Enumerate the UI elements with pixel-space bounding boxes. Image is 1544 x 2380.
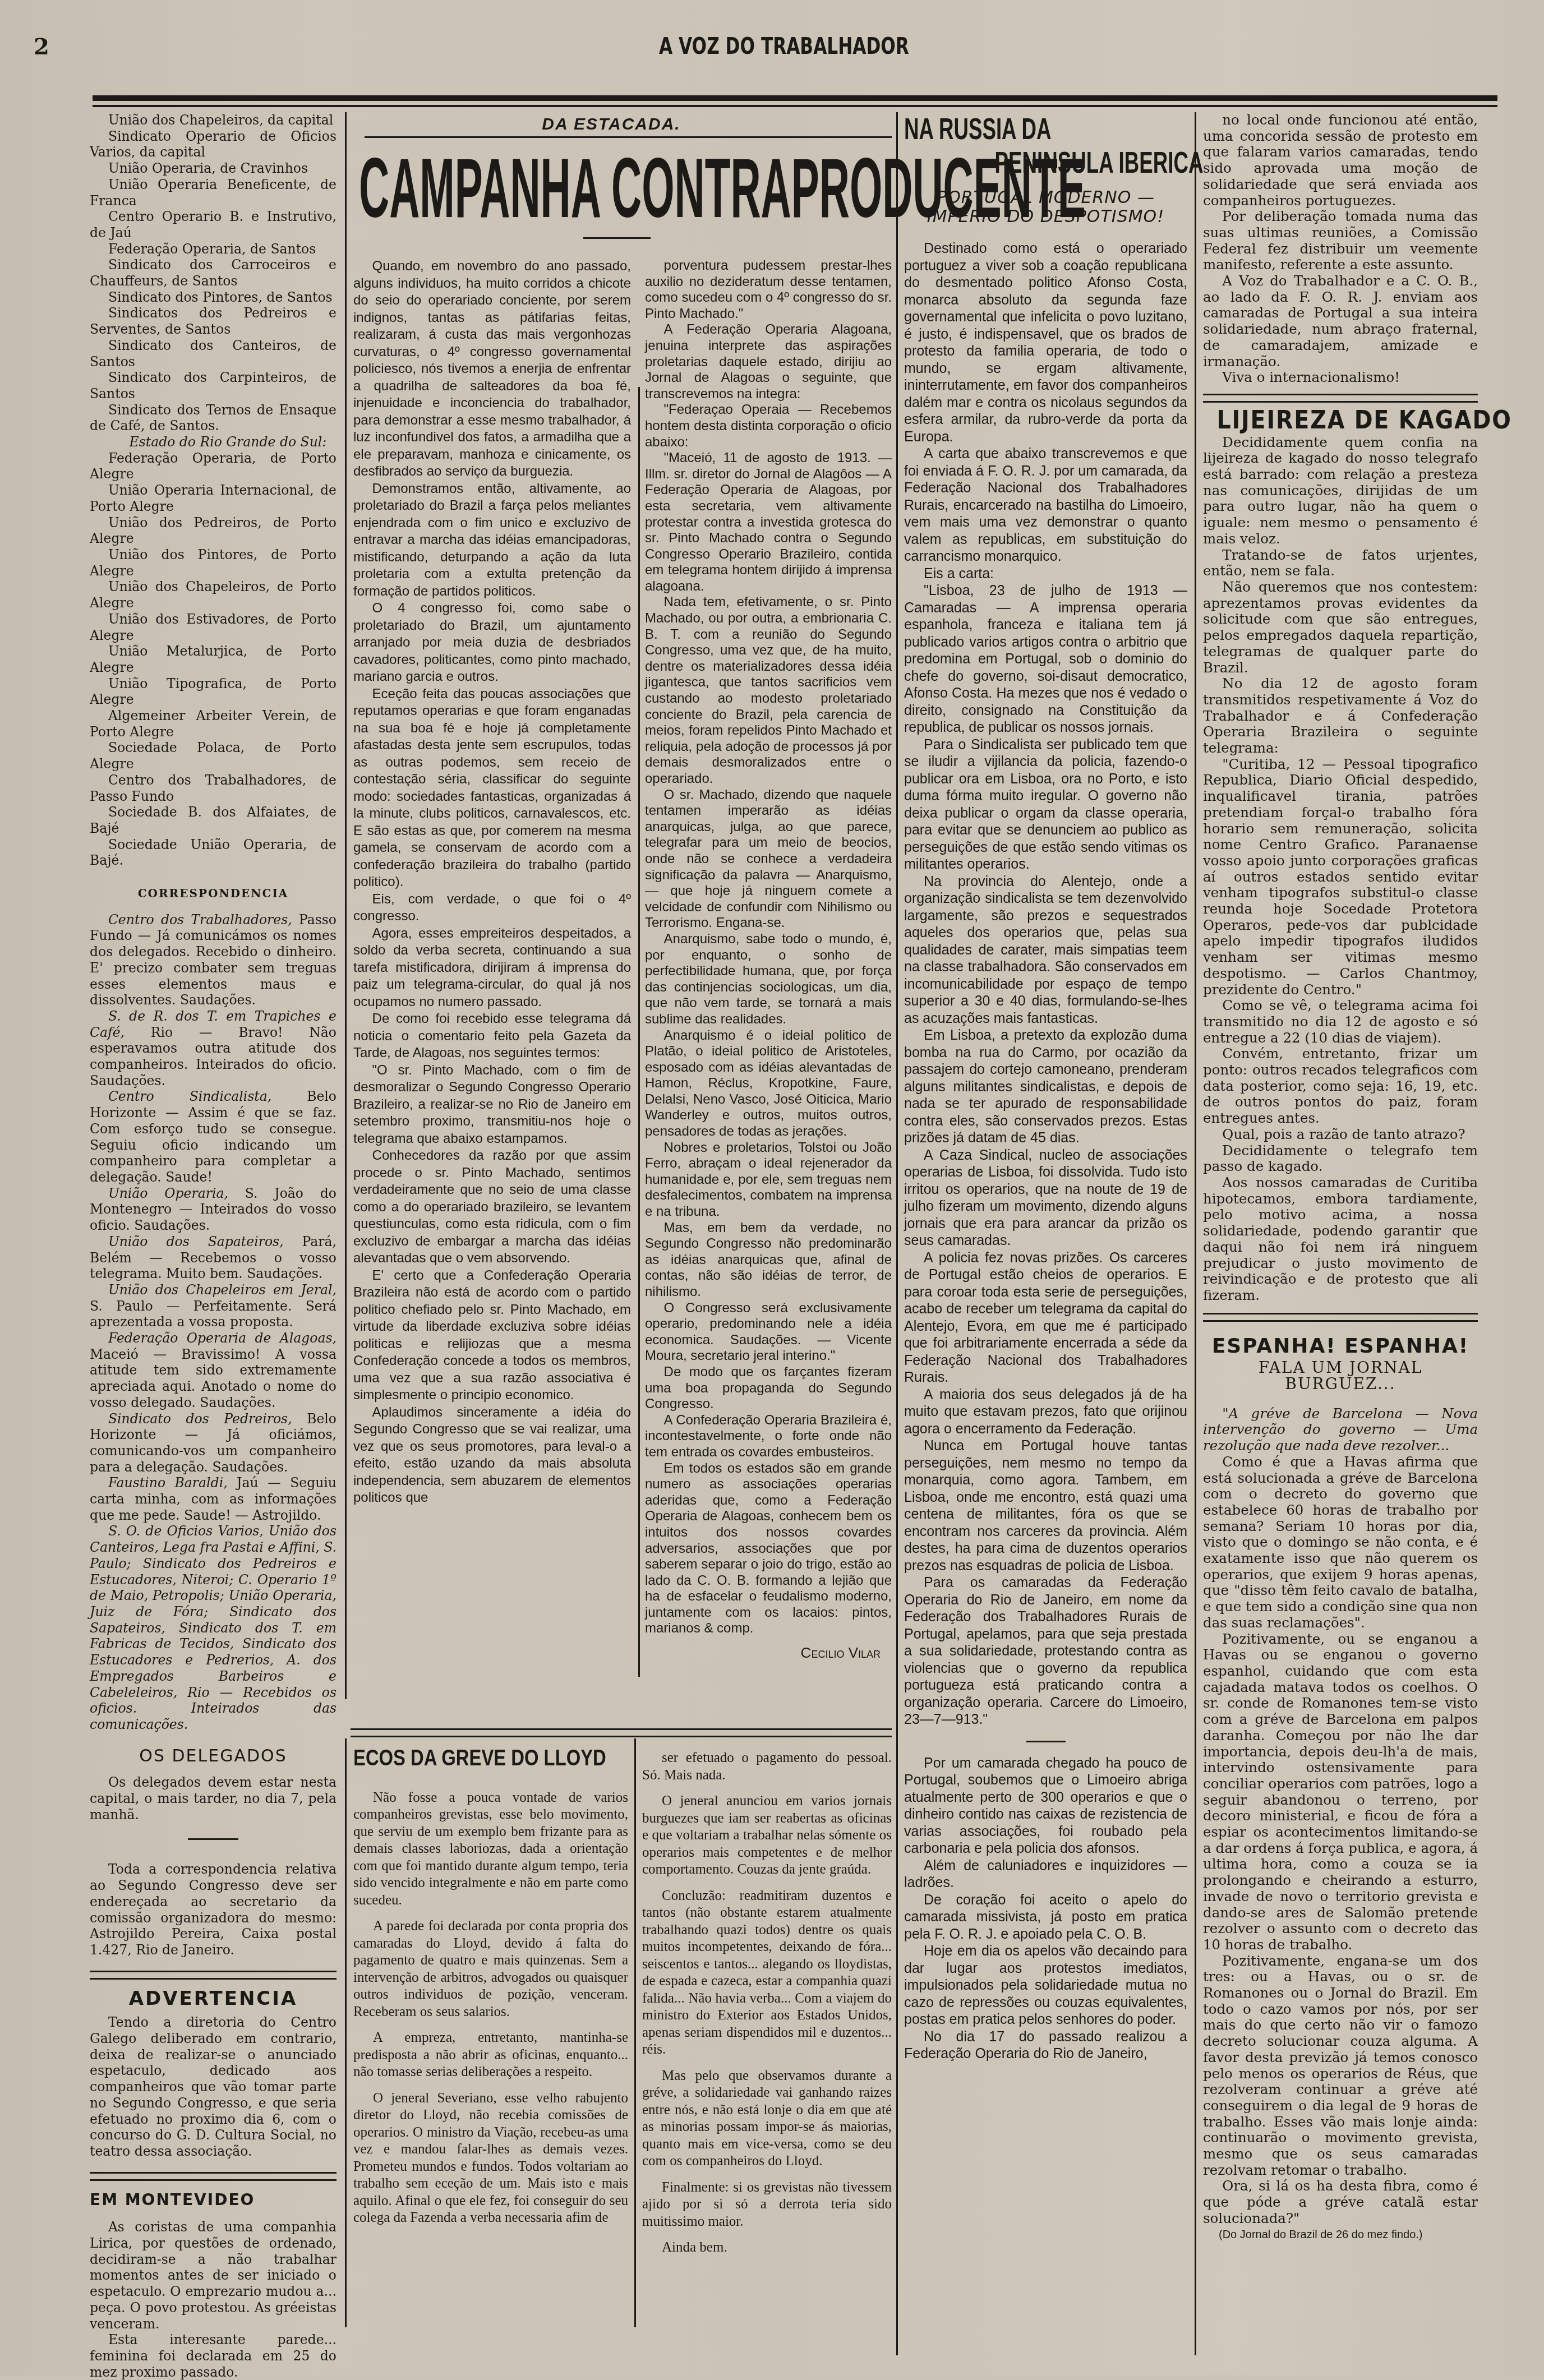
notice-text: Toda a correspondencia relativa ao Segun… bbox=[90, 1861, 337, 1958]
organization-item: União Operaria Internacional, de Porto A… bbox=[90, 482, 337, 514]
espanha-paragraph: Pozitivamente, ou se enganou a Havas ou … bbox=[1203, 1631, 1478, 1953]
feature-headline: CAMPANHA CONTRAPRODUCENTE bbox=[359, 143, 617, 233]
correspondence-item: Federação Operaria de Alagoas, Maceió — … bbox=[90, 1330, 337, 1411]
lloyd-column-a: ECOS DA GREVE DO LLOYD Não fosse a pouca… bbox=[353, 1750, 628, 2227]
feature-paragraph: Aplaudimos sinceramente a idéia do Segun… bbox=[353, 1404, 631, 1507]
russia-headline-line2: PENINSULA IBERICA bbox=[995, 146, 1187, 179]
column-divider bbox=[1195, 112, 1196, 2355]
lloyd-paragraph: Mas pelo que observamos durante a gréve,… bbox=[642, 2068, 892, 2170]
section-divider bbox=[1203, 1313, 1478, 1322]
organization-item: Sindicatos dos Pedreiros e Serventes, de… bbox=[90, 305, 337, 337]
correspondent-name: Centro Sindicalista, bbox=[108, 1088, 271, 1104]
correspondence-item: Faustino Baraldi, Jaú — Seguiu carta min… bbox=[90, 1475, 337, 1523]
russia-paragraph: De coração foi aceito o apelo do camarad… bbox=[904, 1892, 1187, 1943]
section-divider bbox=[1203, 394, 1478, 403]
lloyd-paragraph: ser efetuado o pagamento do pessoal. Só.… bbox=[642, 1750, 892, 1784]
feature-paragraph: Demonstramos então, altivamente, ao prol… bbox=[353, 481, 631, 601]
correspondence-item: S. de R. dos T. em Trapiches e Café, Rio… bbox=[90, 1008, 337, 1089]
kagado-paragraph: No dia 12 de agosto foram transmitidos r… bbox=[1203, 676, 1478, 757]
column-divider bbox=[345, 112, 347, 1699]
russia-paragraph: No dia 17 do passado realizou a Federaçã… bbox=[904, 2028, 1187, 2063]
correspondence-item: Centro Sindicalista, Belo Horizonte — As… bbox=[90, 1088, 337, 1185]
separator bbox=[188, 1838, 238, 1840]
feature-column-b: porventura pudessem prestar-lhes auxilio… bbox=[645, 258, 892, 1661]
lloyd-paragraph: Ainda bem. bbox=[642, 2239, 892, 2257]
lloyd-paragraph: O jeneral Severiano, esse velho rabujent… bbox=[353, 2090, 628, 2227]
montevideo-article: As coristas de uma companhia Lirica, por… bbox=[90, 2219, 337, 2376]
organization-list: União dos Chapeleiros, da capitalSindica… bbox=[90, 112, 337, 434]
correspondent-name: Federação Operaria de Alagoas, bbox=[108, 1330, 337, 1346]
masthead-rule bbox=[93, 95, 1497, 101]
feature-paragraph: "Federaçao Operaia — Recebemos hontem de… bbox=[645, 402, 892, 450]
organization-item: União dos Pintores, de Porto Alegre bbox=[90, 547, 337, 579]
montevideo-heading: EM MONTEVIDEO bbox=[90, 2192, 337, 2208]
kicker-rule bbox=[365, 136, 892, 138]
russia-column: NA RUSSIA DA PENINSULA IBERICA PORTUGAL … bbox=[904, 112, 1187, 2063]
lloyd-paragraph: O jeneral anunciou em varios jornais bur… bbox=[642, 1793, 892, 1879]
headline-rule bbox=[583, 237, 651, 239]
espanha-headline: ESPANHA! ESPANHA! bbox=[1203, 1339, 1478, 1355]
column-divider bbox=[634, 1738, 636, 2327]
feature-paragraph: Agora, esses empreiteiros despeitados, a… bbox=[353, 925, 631, 1011]
correspondent-name: Faustino Baraldi, bbox=[108, 1475, 228, 1491]
espanha-subtitle: FALA UM JORNAL BURGUEZ... bbox=[1203, 1360, 1478, 1392]
kagado-paragraph: Qual, pois a razão de tanto atrazo? bbox=[1203, 1127, 1478, 1143]
organization-item: Sindicato dos Ternos de Ensaque de Café,… bbox=[90, 402, 337, 434]
kagado-paragraph: Convém, entretanto, frizar um ponto: out… bbox=[1203, 1046, 1478, 1127]
kagado-paragraph: Não queremos que nos contestem: aprezent… bbox=[1203, 579, 1478, 676]
lloyd-paragraph: A empreza, entretanto, mantinha-se predi… bbox=[353, 2030, 628, 2081]
russia-paragraph: Nunca em Portugal houve tantas perseguiç… bbox=[904, 1437, 1187, 1574]
organization-item: Sociedade Polaca, de Porto Alegre bbox=[90, 740, 337, 772]
kagado-paragraph: Aos nossos camaradas de Curitiba hipotec… bbox=[1203, 1175, 1478, 1304]
organization-item: Sindicato Operario de Oficios Varios, da… bbox=[90, 128, 337, 160]
correspondence-item: Sindicato dos Pedreiros, Belo Horizonte … bbox=[90, 1411, 337, 1475]
feature-paragraph: "Maceió, 11 de agosto de 1913. — Illm. s… bbox=[645, 450, 892, 594]
correspondent-name: União dos Sapateiros, bbox=[108, 1234, 284, 1249]
feature-paragraph: O 4 congresso foi, como sabe o proletari… bbox=[353, 600, 631, 686]
kagado-paragraph: Decididamente o telegrafo tem passo de k… bbox=[1203, 1143, 1478, 1175]
russia-paragraph: Além de caluniadores e inquizidores — la… bbox=[904, 1857, 1187, 1892]
delegados-heading: OS DELEGADOS bbox=[90, 1749, 337, 1765]
organization-item: Federação Operaria, de Porto Alegre bbox=[90, 450, 337, 482]
solidarity-paragraph: A Voz do Trabalhador e a C. O. B., ao la… bbox=[1203, 273, 1478, 370]
kagado-paragraph: Decididamente quem confia na lijeireza d… bbox=[1203, 435, 1478, 547]
espanha-quote: "A gréve de Barcelona — Nova intervenção… bbox=[1203, 1406, 1478, 1454]
feature-column-a: Quando, em novembro do ano passado, algu… bbox=[353, 258, 631, 1507]
feature-paragraph: Eceção feita das poucas associações que … bbox=[353, 686, 631, 891]
correspondence-item: União Operaria, S. João do Montenegro — … bbox=[90, 1186, 337, 1234]
delegados-text: Os delegados devem estar nesta capital, … bbox=[90, 1774, 337, 1823]
column-divider bbox=[638, 387, 640, 1677]
russia-paragraph: Hoje em dia os apelos vão decaindo para … bbox=[904, 1943, 1187, 2028]
feature-paragraph: O sr. Machado, dizendo que naquele tenta… bbox=[645, 787, 892, 931]
kagado-paragraph: Tratando-se de fatos urjentes, então, ne… bbox=[1203, 547, 1478, 579]
russia-paragraph: A carta que abaixo transcrevemos e que f… bbox=[904, 445, 1187, 565]
espanha-paragraph: Como é que a Havas afirma que está soluc… bbox=[1203, 1454, 1478, 1631]
organization-item: Sindicato dos Canteiros, de Santos bbox=[90, 338, 337, 370]
newspaper-title: A VOZ DO TRABALHADOR bbox=[659, 34, 909, 59]
feature-paragraph: De modo que os farçantes fizeram uma boa… bbox=[645, 1364, 892, 1413]
lloyd-paragraph: A parede foi declarada por conta propria… bbox=[353, 1918, 628, 2021]
correspondent-name: Centro dos Trabalhadores, bbox=[108, 912, 292, 928]
russia-paragraph: Na provincia do Alentejo, onde a organiz… bbox=[904, 873, 1187, 1027]
organization-item: Sindicato dos Carpinteiros, de Santos bbox=[90, 370, 337, 402]
correspondence-item: União dos Sapateiros, Pará, Belém — Rece… bbox=[90, 1234, 337, 1282]
feature-paragraph: "O sr. Pinto Machado, com o fim de desmo… bbox=[353, 1062, 631, 1148]
correspondent-name: S. de R. dos T. em Trapiches e Café, bbox=[90, 1008, 337, 1040]
correspondent-name: Sindicato dos Pedreiros, bbox=[108, 1411, 292, 1427]
organization-item: Sindicato dos Pintores, de Santos bbox=[90, 289, 337, 306]
feature-byline: Cecilio Vilar bbox=[645, 1645, 892, 1661]
lloyd-paragraph: Não fosse a pouca vontade de varios comp… bbox=[353, 1789, 628, 1909]
feature-paragraph: Eis, com verdade, o que foi o 4º congres… bbox=[353, 891, 631, 925]
correspondence-list: Centro dos Trabalhadores, Passo Fundo — … bbox=[90, 912, 337, 1524]
solidarity-paragraph: Viva o internacionalismo! bbox=[1203, 370, 1478, 386]
organization-item: União dos Chapeleiros, de Porto Alegre bbox=[90, 579, 337, 611]
montevideo-paragraph: As coristas de uma companhia Lirica, por… bbox=[90, 2219, 337, 2332]
state-heading: Estado do Rio Grande do Sul: bbox=[90, 434, 337, 450]
russia-paragraph: Para os camaradas da Federação Operaria … bbox=[904, 1574, 1187, 1728]
organization-item: Centro Operario B. e Instrutivo, de Jaú bbox=[90, 209, 337, 241]
feature-paragraph: O Congresso será exclusivamente operario… bbox=[645, 1300, 892, 1364]
feature-paragraph: Nada tem, efetivamente, o sr. Pinto Mach… bbox=[645, 594, 892, 787]
masthead-rule-thin bbox=[93, 105, 1497, 107]
column-divider bbox=[896, 112, 898, 2355]
lloyd-paragraph: Finalmente: si os grevistas não tivessem… bbox=[642, 2179, 892, 2231]
organization-item: União Metalurjica, de Porto Alegre bbox=[90, 643, 337, 675]
espanha-source: (Do Jornal do Brazil de 26 do mez findo.… bbox=[1203, 2227, 1478, 2243]
russia-headline-line1: NA RUSSIA DA bbox=[904, 112, 1096, 146]
organization-item: Federação Operaria, de Santos bbox=[90, 241, 337, 257]
feature-paragraph: Anarquismo, sabe todo o mundo, é, por en… bbox=[645, 931, 892, 1028]
organization-item: Sociedade B. dos Alfaiates, de Bajé bbox=[90, 804, 337, 836]
feature-paragraph: A Federação Operaria Alagoana, jenuina i… bbox=[645, 322, 892, 402]
organization-list-rs: Federação Operaria, de Porto AlegreUnião… bbox=[90, 450, 337, 869]
organization-item: União Operaria, de Cravinhos bbox=[90, 160, 337, 177]
section-divider bbox=[90, 1971, 337, 1980]
lloyd-headline: ECOS DA GREVE DO LLOYD bbox=[353, 1750, 579, 1767]
right-column: no local onde funcionou até então, uma c… bbox=[1203, 112, 1478, 2243]
russia-paragraph: Eis a carta: bbox=[904, 565, 1187, 583]
feature-paragraph: A Confederação Operaria Brazileira é, in… bbox=[645, 1413, 892, 1461]
organization-item: União dos Pedreiros, de Porto Alegre bbox=[90, 515, 337, 547]
feature-paragraph: Nobres e proletarios, Tolstoi ou João Fe… bbox=[645, 1140, 892, 1220]
russia-paragraph: A maioria dos seus delegados já de ha mu… bbox=[904, 1386, 1187, 1438]
russia-paragraph: Por um camarada chegado ha pouco de Port… bbox=[904, 1755, 1187, 1857]
newspaper-page: 2 A VOZ DO TRABALHADOR União dos Chapele… bbox=[0, 0, 1544, 2376]
feature-paragraph: Conhecedores da razão por que assim proc… bbox=[353, 1147, 631, 1267]
organization-item: Centro dos Trabalhadores, de Passo Fundo bbox=[90, 772, 337, 804]
column-divider bbox=[345, 1738, 347, 2327]
feature-paragraph: De como foi recebido esse telegrama dá n… bbox=[353, 1011, 631, 1062]
organization-item: União dos Chapeleiros, da capital bbox=[90, 112, 337, 128]
espanha-paragraph: Pozitivamente, engana-se um dos tres: ou… bbox=[1203, 1953, 1478, 2179]
correspondence-multi: S. O. de Oficios Varios, União dos Cante… bbox=[90, 1523, 337, 1732]
correspondence-item: União dos Chapeleiros em Jeral, S. Paulo… bbox=[90, 1282, 337, 1330]
kagado-headline: LIJEIREZA DE KAGADO bbox=[1217, 413, 1464, 429]
correspondent-name: União Operaria, bbox=[108, 1186, 228, 1201]
feature-paragraph: E' certo que a Confederação Operaria Bra… bbox=[353, 1267, 631, 1404]
montevideo-paragraph: Esta interesante parede... feminina foi … bbox=[90, 2332, 337, 2376]
column-1: União dos Chapeleiros, da capitalSindica… bbox=[90, 112, 337, 2376]
organization-item: Sindicato dos Carroceiros e Chauffeurs, … bbox=[90, 257, 337, 289]
solidarity-paragraph: Por deliberação tomada numa das suas ult… bbox=[1203, 209, 1478, 273]
organization-item: Sociedade União Operaria, de Bajé. bbox=[90, 837, 337, 869]
russia-paragraph: Para o Sindicalista ser publicado tem qu… bbox=[904, 736, 1187, 873]
organization-item: União Tipografica, de Porto Alegre bbox=[90, 676, 337, 708]
russia-subtitle: PORTUGAL MODERNO — IMPERIO DO DESPOTISMO… bbox=[904, 188, 1187, 227]
correspondence-heading: CORRESPONDENCIA bbox=[90, 885, 337, 902]
russia-paragraph: A Caza Sindical, nucleo de associações o… bbox=[904, 1147, 1187, 1249]
feature-paragraph: porventura pudessem prestar-lhes auxilio… bbox=[645, 258, 892, 322]
feature-kicker: DA ESTACADA. bbox=[342, 115, 881, 134]
lloyd-column-b: ser efetuado o pagamento do pessoal. Só.… bbox=[642, 1750, 892, 2257]
organization-item: Algemeiner Arbeiter Verein, de Porto Ale… bbox=[90, 708, 337, 740]
solidarity-paragraph: no local onde funcionou até então, uma c… bbox=[1203, 112, 1478, 209]
feature-paragraph: Mas, em bem da verdade, no Segundo Congr… bbox=[645, 1220, 892, 1300]
separator bbox=[1026, 1741, 1066, 1742]
section-divider bbox=[351, 1728, 892, 1737]
lloyd-paragraph: Concluzão: readmitiram duzentos e tantos… bbox=[642, 1888, 892, 2059]
organization-item: União dos Estivadores, de Porto Alegre bbox=[90, 611, 337, 643]
russia-paragraph: A policia fez novas prizões. Os carceres… bbox=[904, 1249, 1187, 1386]
russia-paragraph: Em Lisboa, a pretexto da explozão duma b… bbox=[904, 1027, 1187, 1147]
espanha-paragraph: Ora, si lá os ha desta fibra, como é que… bbox=[1203, 2178, 1478, 2226]
russia-paragraph: "Lisboa, 23 de julho de 1913 — Camaradas… bbox=[904, 582, 1187, 736]
russia-paragraph: Destinado como está o operariado portugu… bbox=[904, 240, 1187, 445]
feature-paragraph: Em todos os estados são em grande numero… bbox=[645, 1461, 892, 1638]
advertencia-text: Tendo a diretoria do Centro Galego delib… bbox=[90, 2014, 337, 2159]
feature-paragraph: Quando, em novembro do ano passado, algu… bbox=[353, 258, 631, 481]
advertencia-heading: ADVERTENCIA bbox=[90, 1991, 337, 2007]
kagado-paragraph: "Curitiba, 12 — Pessoal tipografico Repu… bbox=[1203, 757, 1478, 998]
organization-item: União Operaria Beneficente, de Franca bbox=[90, 177, 337, 209]
kagado-paragraph: Como se vê, o telegrama acima foi transm… bbox=[1203, 998, 1478, 1046]
page-number: 2 bbox=[34, 34, 49, 60]
feature-paragraph: Anarquismo é o ideial politico de Platão… bbox=[645, 1028, 892, 1140]
correspondent-name: União dos Chapeleiros em Jeral, bbox=[108, 1282, 337, 1298]
section-divider bbox=[90, 2172, 337, 2181]
correspondence-item: Centro dos Trabalhadores, Passo Fundo — … bbox=[90, 912, 337, 1008]
